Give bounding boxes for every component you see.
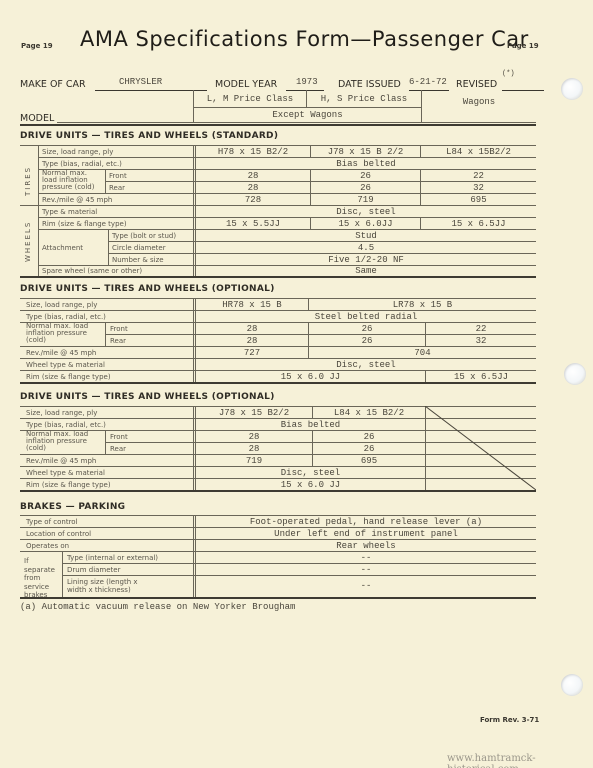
opt2-label-wheel-type: Wheel type & material: [26, 469, 105, 477]
opt1-label-pressure: Normal max. load inflation pressure (col…: [26, 323, 102, 344]
opt1-rev-1: 727: [196, 348, 308, 358]
std-line-6: [38, 217, 536, 218]
std-label-wheel-type: Type & material: [42, 208, 97, 216]
brk-line-2: [20, 539, 536, 540]
page-number-right: Page 19: [507, 42, 539, 50]
model-underline: [57, 122, 536, 123]
model-label: MODEL: [20, 113, 54, 124]
form-revision: Form Rev. 3-71: [480, 716, 539, 724]
brk-control-location: Under left end of instrument panel: [196, 529, 536, 539]
std-rev-1: 728: [196, 195, 310, 205]
std-size-3: L84 x 15B2/2: [421, 147, 536, 157]
brk-operates-on: Rear wheels: [196, 541, 536, 551]
model-year-value: 1973: [296, 77, 318, 87]
revised-value: (*): [502, 70, 515, 78]
revised-field: (*): [502, 78, 544, 91]
opt1-rear-3: 32: [426, 336, 536, 346]
punch-hole-middle: [564, 363, 586, 385]
std-line-7: [38, 229, 536, 230]
opt2-label-front: Front: [110, 433, 128, 441]
std-rim-3: 15 x 6.5JJ: [421, 219, 536, 229]
brk-label-control-type: Type of control: [26, 518, 78, 526]
opt1-label-size: Size, load range, ply: [26, 301, 97, 309]
std-size-1: H78 x 15 B2/2: [196, 147, 310, 157]
section-title-standard: DRIVE UNITS — TIRES AND WHEELS (STANDARD…: [20, 131, 278, 141]
opt1-line-4: [20, 346, 536, 347]
std-wheel-type: Disc, steel: [196, 207, 536, 217]
opt2-label-size: Size, load range, ply: [26, 409, 97, 417]
opt1-line-6: [20, 370, 536, 371]
brk-line-1: [20, 527, 536, 528]
opt1-rim-1: 15 x 6.0 JJ: [196, 372, 425, 382]
brk-label-operates-on: Operates on: [26, 542, 69, 550]
opt1-line-3: [105, 334, 536, 335]
brk-line-3: [20, 551, 536, 552]
std-label-att-number: Number & size: [112, 256, 164, 264]
model-col-hs: H, S Price Class: [307, 94, 421, 104]
opt1-rim-2: 15 x 6.5JJ: [426, 372, 536, 382]
std-line-1: [38, 157, 536, 158]
brk-label-drum: Drum diameter: [67, 566, 120, 574]
model-year-label: MODEL YEAR: [215, 79, 277, 90]
opt1-label-type: Type (bias, radial, etc.): [26, 313, 106, 321]
opt2-size-2: L84 x 15 B2/2: [313, 408, 425, 418]
opt2-label-rev: Rev./mile @ 45 mph: [26, 457, 96, 465]
opt2-size-1: J78 x 15 B2/2: [196, 408, 312, 418]
punch-hole-top: [561, 78, 583, 100]
std-att-circle: 4.5: [196, 243, 536, 253]
std-label-rear: Rear: [109, 184, 125, 192]
punch-hole-bottom: [561, 674, 583, 696]
opt1-line-5: [20, 358, 536, 359]
section-title-optional-2: DRIVE UNITS — TIRES AND WHEELS (OPTIONAL…: [20, 392, 275, 402]
std-line-2: [38, 169, 536, 170]
std-label-type: Type (bias, radial, etc.): [42, 160, 122, 168]
opt1-rear-1: 28: [196, 336, 308, 346]
section-title-optional-1: DRIVE UNITS — TIRES AND WHEELS (OPTIONAL…: [20, 284, 275, 294]
opt2-front-2: 26: [313, 432, 425, 442]
std-vgroup: [38, 145, 39, 276]
opt2-rev-1: 719: [196, 456, 312, 466]
std-rim-2: 15 x 6.0JJ: [311, 219, 420, 229]
std-label-rim: Rim (size & flange type): [42, 220, 127, 228]
opt1-vpressure: [105, 322, 106, 346]
opt2-rear-1: 28: [196, 444, 312, 454]
brk-label-type-int-ext: Type (internal or external): [67, 554, 158, 562]
group-label-wheels: WHEELS: [24, 221, 32, 262]
std-rear-2: 26: [311, 183, 420, 193]
std-line-3: [105, 181, 536, 182]
opt2-rim: 15 x 6.0 JJ: [196, 480, 425, 490]
std-att-number: Five 1/2-20 NF: [196, 255, 536, 265]
opt1-label-front: Front: [110, 325, 128, 333]
std-front-1: 28: [196, 171, 310, 181]
opt2-line-bottom: [20, 490, 536, 492]
date-issued-field: 6-21-72: [409, 78, 449, 91]
std-rear-3: 32: [421, 183, 536, 193]
brk-control-type: Foot-operated pedal, hand release lever …: [196, 517, 536, 527]
opt2-vpressure: [105, 430, 106, 454]
std-line-5: [20, 205, 536, 206]
opt2-front-1: 28: [196, 432, 312, 442]
opt1-type: Steel belted radial: [196, 312, 536, 322]
opt2-label-type: Type (bias, radial, etc.): [26, 421, 106, 429]
std-line-4: [38, 193, 536, 194]
opt2-label-rear: Rear: [110, 445, 126, 453]
opt2-label-pressure: Normal max. load inflation pressure (col…: [26, 431, 102, 452]
model-year-field: 1973: [286, 78, 324, 91]
brk-line-5: [62, 575, 536, 576]
std-line-bottom: [20, 276, 536, 278]
std-vpressure: [105, 169, 106, 193]
date-issued-value: 6-21-72: [409, 77, 447, 87]
page-number-left: Page 19: [21, 42, 53, 50]
opt2-label-rim: Rim (size & flange type): [26, 481, 111, 489]
std-vattach: [108, 229, 109, 265]
brk-line-top: [20, 515, 536, 516]
date-issued-label: DATE ISSUED: [338, 79, 401, 90]
opt1-size-2: LR78 x 15 B: [309, 300, 536, 310]
std-rev-2: 719: [311, 195, 420, 205]
opt1-wheel-type: Disc, steel: [196, 360, 536, 370]
opt1-front-2: 26: [309, 324, 425, 334]
group-label-tires: TIRES: [24, 166, 32, 196]
opt2-type: Bias belted: [196, 420, 425, 430]
brk-type-int-ext: --: [196, 553, 536, 563]
std-size-2: J78 x 15 B 2/2: [311, 147, 420, 157]
std-att-type: Stud: [196, 231, 536, 241]
brk-line-bottom: [20, 597, 536, 599]
std-spare: Same: [196, 266, 536, 276]
std-line-top: [20, 145, 536, 146]
opt1-label-rev: Rev./mile @ 45 mph: [26, 349, 96, 357]
model-col-wagons: Wagons: [422, 97, 536, 107]
brk-lining: --: [196, 581, 536, 591]
opt1-label-wheel-type: Wheel type & material: [26, 361, 105, 369]
opt1-rear-2: 26: [309, 336, 425, 346]
brk-drum: --: [196, 565, 536, 575]
opt2-rear-2: 26: [313, 444, 425, 454]
opt1-front-3: 22: [426, 324, 536, 334]
make-label: MAKE OF CAR: [20, 79, 86, 90]
std-label-att-circle: Circle diameter: [112, 244, 166, 252]
std-line-8: [108, 241, 536, 242]
std-rim-1: 15 x 5.5JJ: [196, 219, 310, 229]
model-group-except-wagons: Except Wagons: [194, 110, 421, 120]
std-line-9: [108, 253, 536, 254]
std-label-pressure: Normal max. load inflation pressure (col…: [42, 170, 104, 191]
std-type: Bias belted: [196, 159, 536, 169]
opt2-wheel-type: Disc, steel: [196, 468, 425, 478]
opt1-line-1: [20, 310, 536, 311]
brk-label-lining: Lining size (length x width x thickness): [67, 578, 142, 594]
std-label-front: Front: [109, 172, 127, 180]
opt1-line-bottom: [20, 382, 536, 384]
page-title: AMA Specifications Form—Passenger Car: [80, 27, 529, 51]
opt1-rev-2: 704: [309, 348, 536, 358]
brk-line-4: [62, 563, 536, 564]
section-title-brakes: BRAKES — PARKING: [20, 502, 125, 512]
std-front-3: 22: [421, 171, 536, 181]
make-value: CHRYSLER: [119, 77, 162, 87]
opt1-line-top: [20, 298, 536, 299]
std-label-spare: Spare wheel (same or other): [42, 267, 142, 275]
model-mid-line: [193, 107, 421, 108]
brk-label-separate: If separate from service brakes: [24, 557, 60, 600]
std-front-2: 26: [311, 171, 420, 181]
brk-label-control-location: Location of control: [26, 530, 91, 538]
std-rear-1: 28: [196, 183, 310, 193]
brk-vsep: [62, 551, 63, 597]
opt1-size-1: HR78 x 15 B: [196, 300, 308, 310]
not-applicable-diagonal: [425, 406, 536, 490]
watermark: www.hamtramck-historical.com: [447, 753, 593, 768]
std-label-rev: Rev./mile @ 45 mph: [42, 196, 112, 204]
model-bottom-rule: [20, 124, 536, 126]
opt1-front-1: 28: [196, 324, 308, 334]
std-rev-3: 695: [421, 195, 536, 205]
revised-label: REVISED: [456, 79, 497, 90]
std-label-att-type: Type (bolt or stud): [112, 232, 176, 240]
make-field: CHRYSLER: [95, 78, 207, 91]
model-col-lm: L, M Price Class: [194, 94, 306, 104]
std-label-size: Size, load range, ply: [42, 148, 113, 156]
opt2-rev-2: 695: [313, 456, 425, 466]
opt1-label-rim: Rim (size & flange type): [26, 373, 111, 381]
footnote: (a) Automatic vacuum release on New York…: [20, 602, 295, 612]
opt1-label-rear: Rear: [110, 337, 126, 345]
std-label-attachment: Attachment: [42, 244, 83, 252]
